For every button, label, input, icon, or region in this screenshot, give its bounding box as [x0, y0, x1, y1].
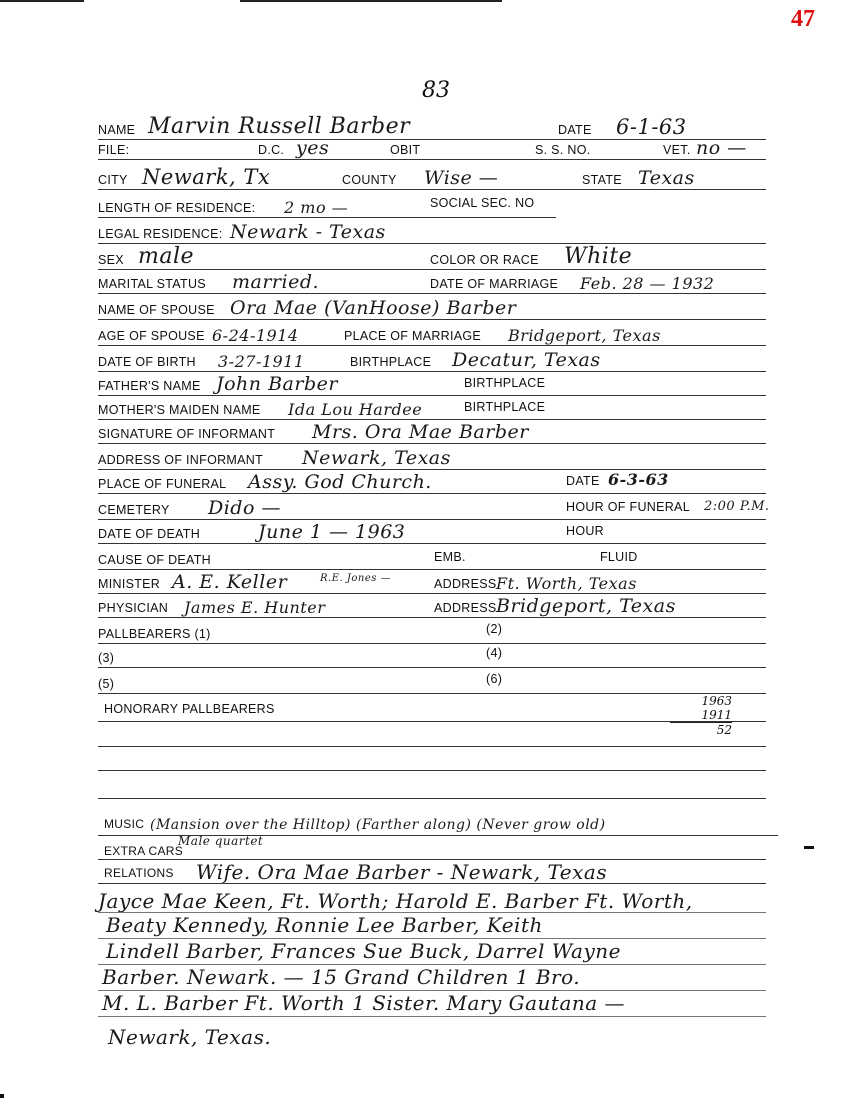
row-extra-cars: EXTRA CARS Male quartet [98, 838, 766, 860]
label-date-of-death: DATE OF DEATH [98, 527, 200, 541]
value-minister: A. E. Keller [172, 571, 287, 593]
value-date: 6-1-63 [616, 115, 687, 139]
row-date-of-birth: DATE OF BIRTH 3-27-1911 BIRTHPLACE Decat… [98, 350, 766, 372]
value-minister-address: Ft. Worth, Texas [496, 574, 637, 593]
rule [98, 269, 766, 270]
relations-line: Beaty Kennedy, Ronnie Lee Barber, Keith [98, 910, 770, 938]
blank-line [98, 964, 766, 965]
value-signature-of-informant: Mrs. Ora Mae Barber [312, 421, 529, 443]
rule [98, 493, 766, 494]
rule [98, 721, 766, 722]
row-file: FILE: D.C. yes OBIT S. S. NO. VET. no — [98, 138, 766, 160]
blank-line [98, 912, 766, 913]
value-minister-note: R.E. Jones — [320, 573, 391, 584]
page-number: 47 [791, 6, 815, 33]
relations-line: Newark, Texas. [98, 1022, 770, 1050]
label-fluid: FLUID [600, 550, 638, 564]
label-pallbearers: PALLBEARERS (1) [98, 627, 211, 641]
label-emb: EMB. [434, 550, 466, 564]
label-pallbearer-5: (5) [98, 677, 114, 691]
label-ssno: S. S. NO. [535, 143, 591, 157]
label-color-or-race: COLOR OR RACE [430, 253, 539, 267]
value-birthplace: Decatur, Texas [452, 349, 601, 371]
rule [98, 293, 766, 294]
value-vet: no — [696, 137, 747, 159]
value-place-of-marriage: Bridgeport, Texas [508, 326, 661, 345]
label-pallbearer-3: (3) [98, 651, 114, 665]
relations-line-3: Beaty Kennedy, Ronnie Lee Barber, Keith [106, 913, 543, 937]
rule [98, 395, 766, 396]
label-name-of-spouse: NAME OF SPOUSE [98, 303, 215, 317]
label-place-of-funeral: PLACE OF FUNERAL [98, 477, 226, 491]
label-sex: SEX [98, 253, 124, 267]
relations-line: Barber. Newark. — 15 Grand Children 1 Br… [98, 962, 770, 990]
rule [98, 419, 766, 420]
value-color-or-race: White [564, 244, 632, 269]
row-city: CITY Newark, Tx COUNTY Wise — STATE Texa… [98, 168, 766, 190]
rule [98, 519, 766, 520]
label-name: NAME [98, 123, 135, 137]
rule [98, 617, 766, 618]
relations-line: M. L. Barber Ft. Worth 1 Sister. Mary Ga… [98, 988, 770, 1016]
label-address-of-informant: ADDRESS OF INFORMANT [98, 453, 263, 467]
rule [98, 345, 766, 346]
label-mother-birthplace: BIRTHPLACE [464, 400, 545, 414]
row-address-of-informant: ADDRESS OF INFORMANT Newark, Texas [98, 448, 766, 470]
label-hour: HOUR [566, 524, 604, 538]
row-length-of-residence: LENGTH OF RESIDENCE: 2 mo — SOCIAL SEC. … [98, 196, 766, 218]
value-physician-address: Bridgeport, Texas [496, 595, 676, 617]
age-calculation: 1963 1911 52 [670, 694, 732, 737]
margin-mark [804, 846, 814, 849]
row-name: NAME Marvin Russell Barber DATE 6-1-63 [98, 118, 766, 140]
label-marital-status: MARITAL STATUS [98, 277, 206, 291]
value-physician: James E. Hunter [184, 598, 325, 617]
row-honorary-pallbearers: HONORARY PALLBEARERS [98, 698, 766, 720]
record-number: 83 [422, 78, 450, 103]
label-obit: OBIT [390, 143, 420, 157]
blank-line [98, 746, 766, 747]
row-place-of-funeral: PLACE OF FUNERAL Assy. God Church. DATE … [98, 472, 766, 494]
rule [98, 243, 766, 244]
label-signature-of-informant: SIGNATURE OF INFORMANT [98, 427, 275, 441]
row-marital-status: MARITAL STATUS married. DATE OF MARRIAGE… [98, 272, 766, 294]
calc-middle: 1911 [670, 708, 732, 723]
value-music-note: Male quartet [178, 834, 263, 848]
row-fathers-name: FATHER'S NAME John Barber BIRTHPLACE [98, 374, 766, 396]
value-date-of-marriage: Feb. 28 — 1932 [580, 274, 714, 293]
row-sex: SEX male COLOR OR RACE White [98, 248, 766, 270]
row-age-of-spouse: AGE OF SPOUSE 6-24-1914 PLACE OF MARRIAG… [98, 324, 766, 346]
blank-line [98, 770, 766, 771]
relations-line-6: M. L. Barber Ft. Worth 1 Sister. Mary Ga… [102, 991, 625, 1015]
top-rule-right [240, 0, 502, 2]
value-dc: yes [296, 137, 329, 159]
value-state: Texas [638, 167, 695, 189]
value-cemetery: Dido — [208, 497, 281, 519]
rule [98, 667, 766, 668]
calc-top: 1963 [670, 694, 732, 708]
blank-line [98, 1016, 766, 1017]
rule [98, 217, 556, 218]
label-legal-residence: LEGAL RESIDENCE: [98, 227, 223, 241]
value-fathers-name: John Barber [216, 373, 338, 395]
label-physician: PHYSICIAN [98, 601, 168, 615]
label-physician-address: ADDRESS [434, 601, 497, 615]
value-legal-residence: Newark - Texas [230, 221, 386, 243]
row-signature-of-informant: SIGNATURE OF INFORMANT Mrs. Ora Mae Barb… [98, 422, 766, 444]
label-county: COUNTY [342, 173, 397, 187]
value-county: Wise — [424, 167, 498, 189]
row-music: MUSIC (Mansion over the Hilltop) (Farthe… [98, 814, 778, 836]
label-minister: MINISTER [98, 577, 160, 591]
relations-line-1: Wife. Ora Mae Barber - Newark, Texas [196, 860, 607, 884]
value-place-of-funeral: Assy. God Church. [248, 471, 432, 493]
label-social-sec-no: SOCIAL SEC. NO [430, 196, 534, 210]
label-minister-address: ADDRESS [434, 577, 497, 591]
value-address-of-informant: Newark, Texas [302, 447, 451, 469]
label-extra-cars: EXTRA CARS [104, 844, 183, 858]
label-length-of-residence: LENGTH OF RESIDENCE: [98, 201, 255, 215]
row-pallbearers-5-6: (5) (6) [98, 672, 766, 694]
rule [98, 371, 766, 372]
label-father-birthplace: BIRTHPLACE [464, 376, 545, 390]
row-cemetery: CEMETERY Dido — HOUR OF FUNERAL 2:00 P.M… [98, 498, 766, 520]
label-mothers-maiden-name: MOTHER'S MAIDEN NAME [98, 403, 261, 417]
row-pallbearers-3-4: (3) (4) [98, 646, 766, 668]
label-cemetery: CEMETERY [98, 503, 170, 517]
label-dc: D.C. [258, 143, 284, 157]
label-birthplace: BIRTHPLACE [350, 355, 431, 369]
value-name: Marvin Russell Barber [148, 114, 410, 139]
row-cause-of-death: CAUSE OF DEATH EMB. FLUID [98, 548, 766, 570]
row-pallbearers-1-2: PALLBEARERS (1) (2) [98, 622, 766, 644]
row-minister: MINISTER A. E. Keller R.E. Jones — ADDRE… [98, 572, 766, 594]
row-physician: PHYSICIAN James E. Hunter ADDRESS Bridge… [98, 596, 766, 618]
rule [98, 543, 766, 544]
rule [98, 643, 766, 644]
label-music: MUSIC [104, 817, 144, 831]
label-hour-of-funeral: HOUR OF FUNERAL [566, 500, 690, 514]
row-name-of-spouse: NAME OF SPOUSE Ora Mae (VanHoose) Barber [98, 298, 766, 320]
row-date-of-death: DATE OF DEATH June 1 — 1963 HOUR [98, 522, 766, 544]
value-age-of-spouse: 6-24-1914 [212, 326, 299, 345]
value-date-of-birth: 3-27-1911 [218, 352, 305, 371]
value-funeral-date: 6-3-63 [608, 470, 669, 489]
value-sex: male [138, 244, 194, 269]
value-marital-status: married. [232, 271, 319, 293]
blank-line [98, 938, 766, 939]
label-date: DATE [558, 123, 592, 137]
blank-line [98, 990, 766, 991]
label-honorary-pallbearers: HONORARY PALLBEARERS [104, 702, 275, 716]
label-cause-of-death: CAUSE OF DEATH [98, 553, 211, 567]
label-fathers-name: FATHER'S NAME [98, 379, 201, 393]
value-date-of-death: June 1 — 1963 [258, 521, 405, 543]
label-age-of-spouse: AGE OF SPOUSE [98, 329, 205, 343]
rule [98, 443, 766, 444]
rule [98, 593, 766, 594]
label-relations: RELATIONS [104, 866, 174, 880]
value-music: (Mansion over the Hilltop) (Farther alon… [150, 817, 606, 833]
relations-line-5: Barber. Newark. — 15 Grand Children 1 Br… [102, 965, 580, 989]
label-pallbearer-4: (4) [486, 646, 502, 660]
label-place-of-marriage: PLACE OF MARRIAGE [344, 329, 481, 343]
value-name-of-spouse: Ora Mae (VanHoose) Barber [230, 297, 516, 319]
rule [98, 189, 766, 190]
top-rule-left [0, 0, 84, 2]
label-city: CITY [98, 173, 128, 187]
row-mothers-maiden-name: MOTHER'S MAIDEN NAME Ida Lou Hardee BIRT… [98, 398, 766, 420]
value-city: Newark, Tx [142, 165, 270, 189]
rule [98, 569, 766, 570]
relations-line-7: Newark, Texas. [108, 1025, 271, 1049]
relations-line: Lindell Barber, Frances Sue Buck, Darrel… [98, 936, 770, 964]
label-date-of-birth: DATE OF BIRTH [98, 355, 196, 369]
relations-line-4: Lindell Barber, Frances Sue Buck, Darrel… [106, 939, 621, 963]
corner-mark [0, 1094, 4, 1098]
calc-result: 52 [670, 723, 732, 737]
rule [98, 319, 766, 320]
blank-line [98, 798, 766, 799]
value-hour-of-funeral: 2:00 P.M. [704, 499, 770, 514]
label-file: FILE: [98, 143, 129, 157]
value-length-of-residence: 2 mo — [284, 198, 348, 217]
label-pallbearer-6: (6) [486, 672, 502, 686]
label-funeral-date: DATE [566, 474, 600, 488]
value-mothers-maiden-name: Ida Lou Hardee [288, 400, 422, 419]
row-relations: RELATIONS Wife. Ora Mae Barber - Newark,… [98, 862, 766, 884]
rule [98, 693, 766, 694]
label-date-of-marriage: DATE OF MARRIAGE [430, 277, 558, 291]
row-legal-residence: LEGAL RESIDENCE: Newark - Texas [98, 222, 766, 244]
label-vet: VET. [663, 143, 691, 157]
label-state: STATE [582, 173, 622, 187]
label-pallbearer-2: (2) [486, 622, 502, 636]
rule [98, 159, 766, 160]
